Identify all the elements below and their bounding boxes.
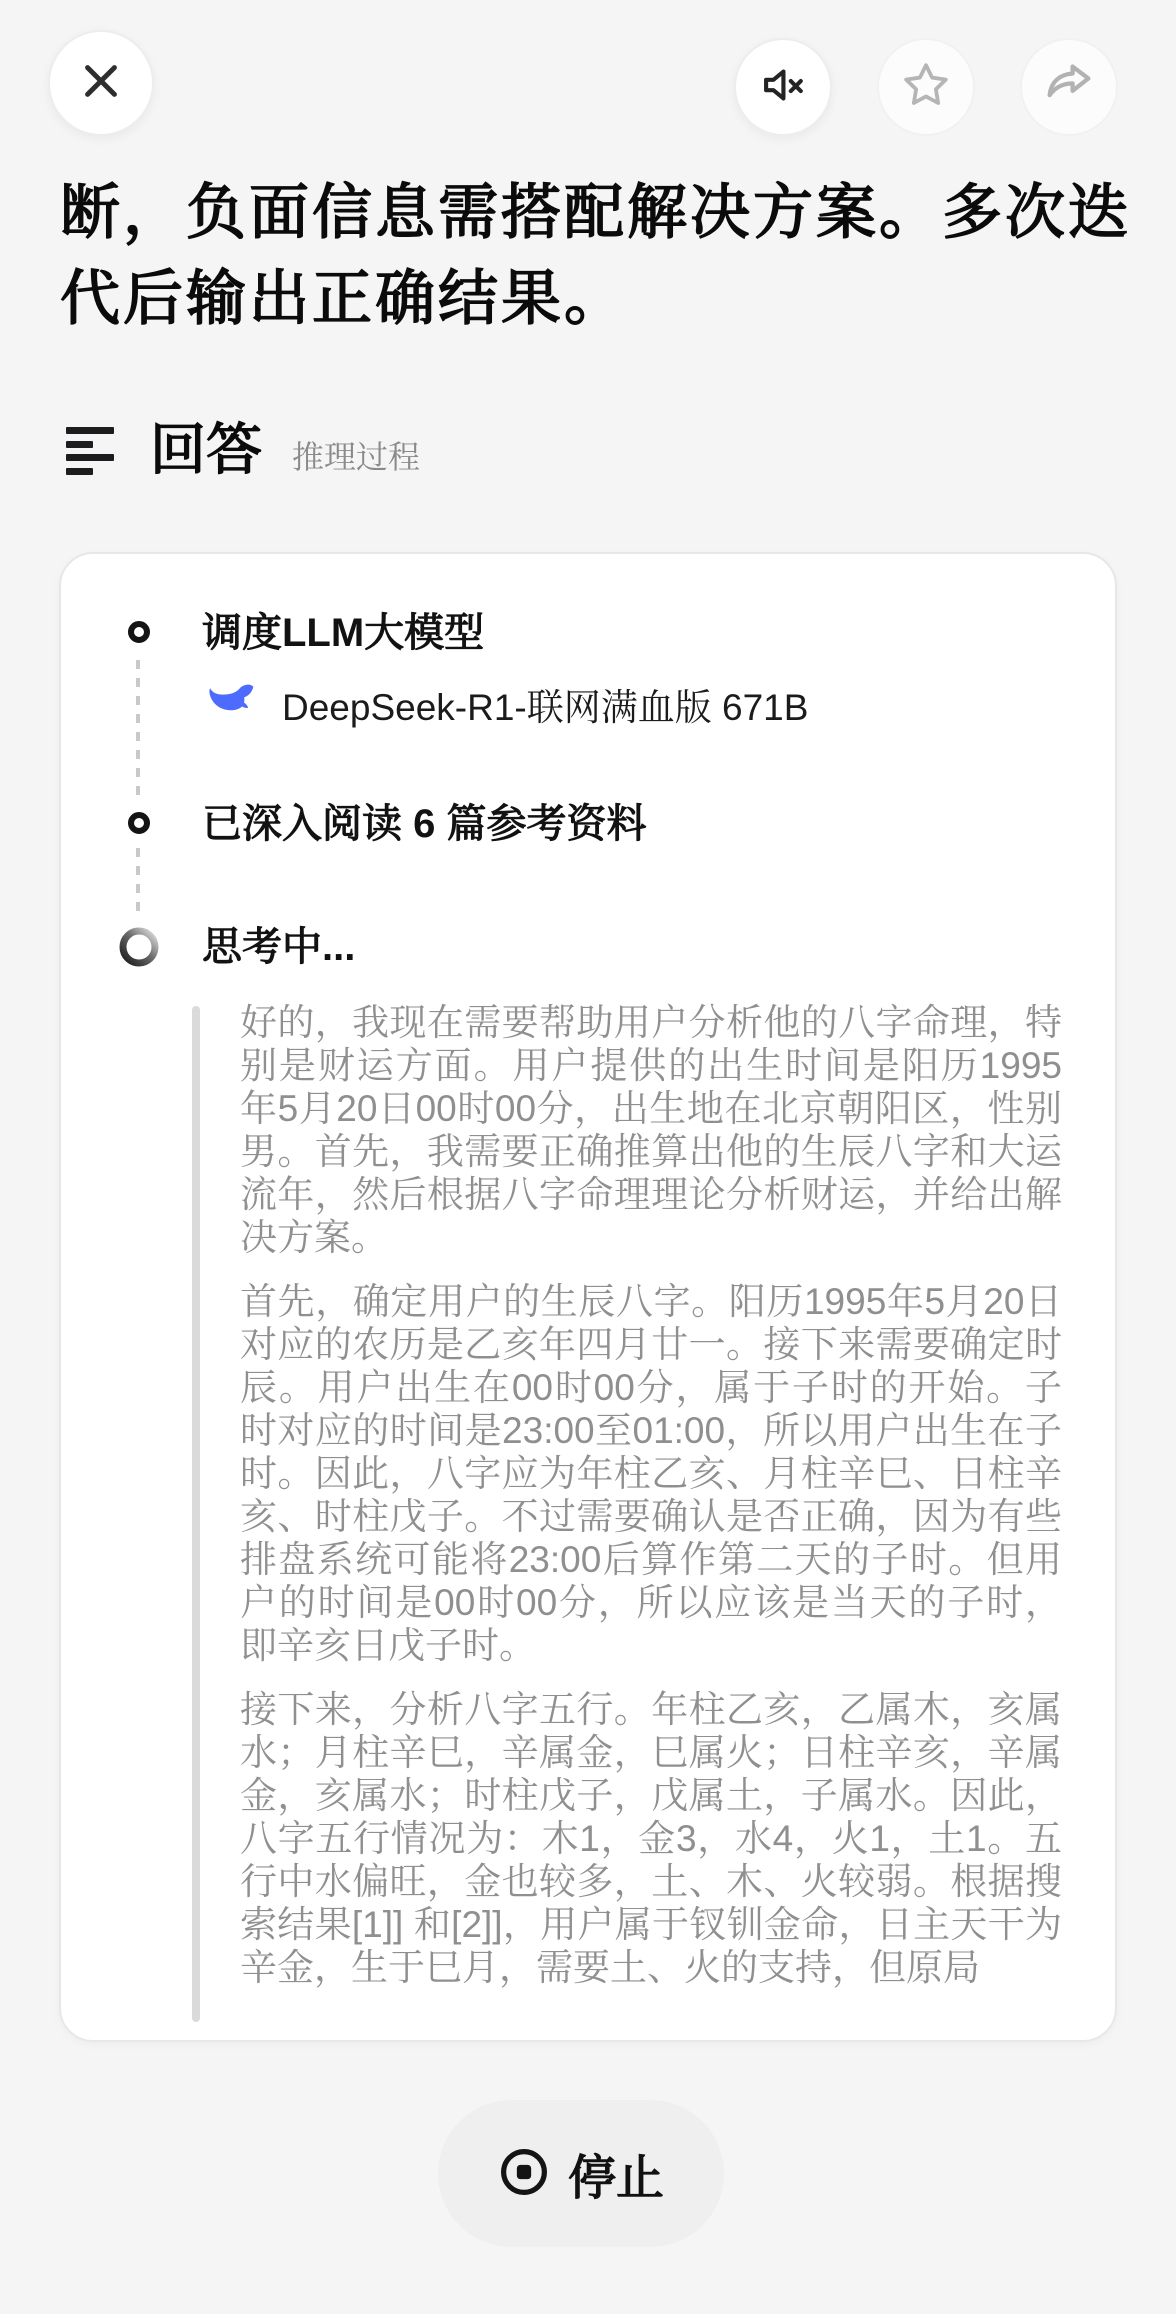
model-row: DeepSeek-R1-联网满血版 671B: [205, 684, 808, 731]
stop-label: 停止: [568, 2139, 664, 2208]
deepseek-whale-icon: [205, 684, 257, 731]
step-read-references: 已深入阅读 6 篇参考资料: [202, 801, 646, 847]
stop-button[interactable]: 停止: [438, 2100, 724, 2247]
page-heading: 断，负面信息需搭配解决方案。多次迭代后输出正确结果。: [60, 170, 1132, 342]
thinking-paragraph: 好的，我现在需要帮助用户分析他的八字命理，特别是财运方面。用户提供的出生时间是阳…: [240, 1001, 1062, 1259]
answer-list-icon: [66, 427, 114, 475]
timeline-bullet: [128, 621, 150, 643]
favorite-button[interactable]: [877, 38, 975, 136]
close-icon: [78, 58, 124, 109]
reasoning-process-tab[interactable]: 推理过程: [292, 432, 420, 482]
thinking-paragraph: 接下来，分析八字五行。年柱乙亥，乙属木，亥属水；月柱辛巳，辛属金，巳属火；日柱辛…: [240, 1688, 1062, 1989]
share-button[interactable]: [1020, 38, 1118, 136]
close-button[interactable]: [48, 30, 154, 136]
step-thinking: 思考中...: [202, 924, 355, 970]
mute-button[interactable]: [734, 38, 832, 136]
timeline-connector: [136, 660, 140, 800]
step-dispatch-llm: 调度LLM大模型: [202, 610, 484, 656]
thinking-quote-bar: [192, 1006, 200, 2022]
answer-section-header: 回答 推理过程: [66, 412, 420, 482]
thinking-text: 好的，我现在需要帮助用户分析他的八字命理，特别是财运方面。用户提供的出生时间是阳…: [240, 1001, 1062, 2010]
speaker-muted-icon: [757, 59, 809, 116]
share-icon: [1042, 58, 1096, 117]
reasoning-card: 调度LLM大模型 DeepSeek-R1-联网满血版 671B 已深入阅读 6 …: [59, 552, 1117, 2042]
stop-icon: [498, 2146, 550, 2201]
model-name: DeepSeek-R1-联网满血版 671B: [282, 686, 808, 730]
star-icon: [899, 58, 953, 117]
answer-title: 回答: [150, 418, 262, 482]
thinking-paragraph: 首先，确定用户的生辰八字。阳历1995年5月20日对应的农历是乙亥年四月廿一。接…: [240, 1280, 1062, 1667]
timeline-bullet: [128, 812, 150, 834]
timeline-connector: [136, 848, 140, 916]
